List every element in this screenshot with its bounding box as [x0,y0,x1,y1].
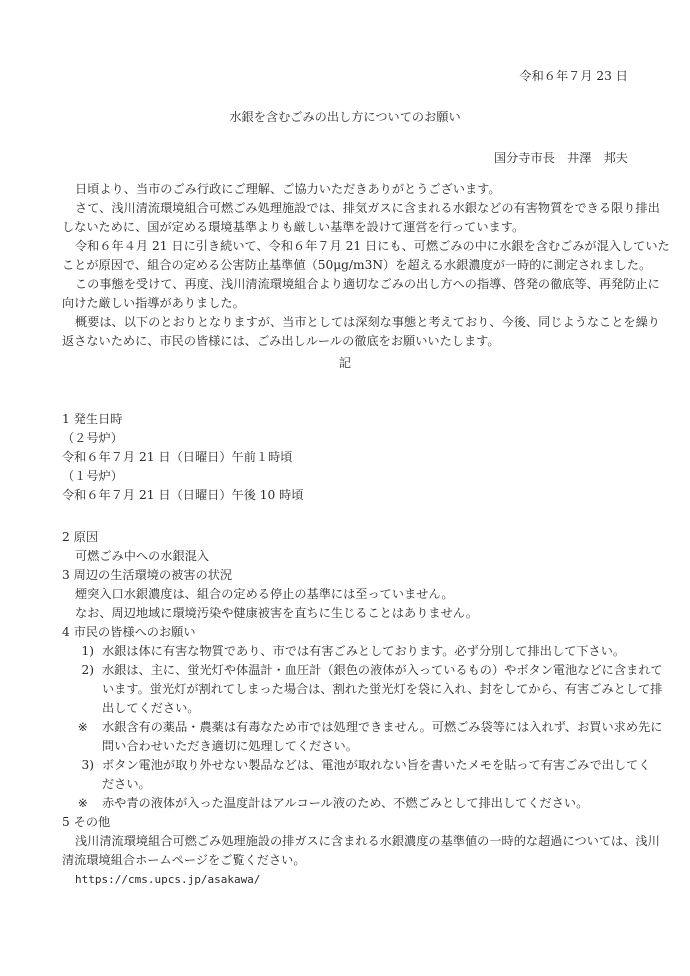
note-item-cont: 問い合わせいただき適切に処理してください。 [62,737,642,756]
document-title: 水銀を含むごみの出し方についてのお願い [0,108,690,127]
request-item-cont: います。蛍光灯が割れてしまった場合は、割れた蛍光灯を袋に入れ、封をしてから、有害… [62,680,642,699]
request-item: 1)水銀は体に有害な物質であり、市では有害ごみとしております。必ず分別して排出し… [62,642,642,661]
section-heading: 1 発生日時 [62,410,642,429]
intro-line: しないために、国が定める環境基準よりも厳しい基準を設けて運営を行っています。 [62,218,632,237]
section-heading: 2 原因 [62,528,642,547]
section-heading: 4 市民の皆様へのお願い [62,623,642,642]
intro-line: 概要は、以下のとおりとなりますが、当市としては深刻な事態と考えており、今後、同じ… [62,313,632,332]
section-damage: 3 周辺の生活環境の被害の状況 煙突入口水銀濃度は、組合の定める停止の基準には至… [62,566,642,623]
intro-body: 日頃より、当市のごみ行政にご理解、ご協力いただきありがとうございます。 さて、浅… [62,180,632,351]
other-text: 清流環境組合ホームページをご覧ください。 [62,851,642,870]
intro-line: 日頃より、当市のごみ行政にご理解、ご協力いただきありがとうございます。 [62,180,632,199]
damage-text: 煙突入口水銀濃度は、組合の定める停止の基準には至っていません。 [62,585,642,604]
cause-text: 可燃ごみ中への水銀混入 [62,547,642,566]
section-occurrence: 1 発生日時 （２号炉） 令和６年７月 21 日（日曜日）午前１時頃 （１号炉）… [62,410,642,505]
damage-text: なお、周辺地域に環境汚染や健康被害を直ちに生じることはありません。 [62,604,642,623]
intro-line: さて、浅川清流環境組合可燃ごみ処理施設では、排気ガスに含まれる水銀などの有害物質… [62,199,632,218]
other-text: 浅川清流環境組合可燃ごみ処理施設の排ガスに含まれる水銀濃度の基準値の一時的な超過… [62,832,642,851]
section-other: 5 その他 浅川清流環境組合可燃ごみ処理施設の排ガスに含まれる水銀濃度の基準値の… [62,813,642,889]
request-item-cont: 出してください。 [62,699,642,718]
section-request: 4 市民の皆様へのお願い 1)水銀は体に有害な物質であり、市では有害ごみとしてお… [62,623,642,813]
document-date: 令和６年７月 23 日 [519,67,628,86]
intro-line: 向けた厳しい指導がありました。 [62,294,632,313]
homepage-link[interactable]: https://cms.upcs.jp/asakawa/ [62,870,642,889]
occurrence-time: 令和６年７月 21 日（日曜日）午後 10 時頃 [62,486,642,505]
furnace-label: （１号炉） [62,467,642,486]
intro-line: この事態を受けて、再度、浅川清流環境組合より適切なごみの出し方への指導、啓発の徹… [62,275,632,294]
document-author: 国分寺市長 井澤 邦夫 [494,149,628,168]
intro-line: 令和６年４月 21 日に引き続いて、令和６年７月 21 日にも、可燃ごみの中に水… [62,237,632,256]
intro-line: ことが原因で、組合の定める公害防止基準値（50μg/m3N）を超える水銀濃度が一… [62,256,632,275]
occurrence-time: 令和６年７月 21 日（日曜日）午前１時頃 [62,448,642,467]
ki-marker: 記 [0,354,690,373]
section-cause: 2 原因 可燃ごみ中への水銀混入 [62,528,642,566]
note-mark-icon: ※ [62,718,88,737]
section-heading: 3 周辺の生活環境の被害の状況 [62,566,642,585]
furnace-label: （２号炉） [62,429,642,448]
note-item: ※赤や青の液体が入った温度計はアルコール液のため、不燃ごみとして排出してください… [62,794,642,813]
note-mark-icon: ※ [62,794,88,813]
request-item-cont: ださい。 [62,775,642,794]
intro-line: 返さないために、市民の皆様には、ごみ出しルールの徹底をお願いいたします。 [62,332,632,351]
note-item: ※水銀含有の薬品・農薬は有毒なため市では処理できません。可燃ごみ袋等には入れず、… [62,718,642,737]
request-item: 3)ボタン電池が取り外せない製品などは、電池が取れない旨を書いたメモを貼って有害… [62,756,642,775]
section-heading: 5 その他 [62,813,642,832]
request-item: 2)水銀は、主に、蛍光灯や体温計・血圧計（銀色の液体が入っているもの）やボタン電… [62,661,642,680]
